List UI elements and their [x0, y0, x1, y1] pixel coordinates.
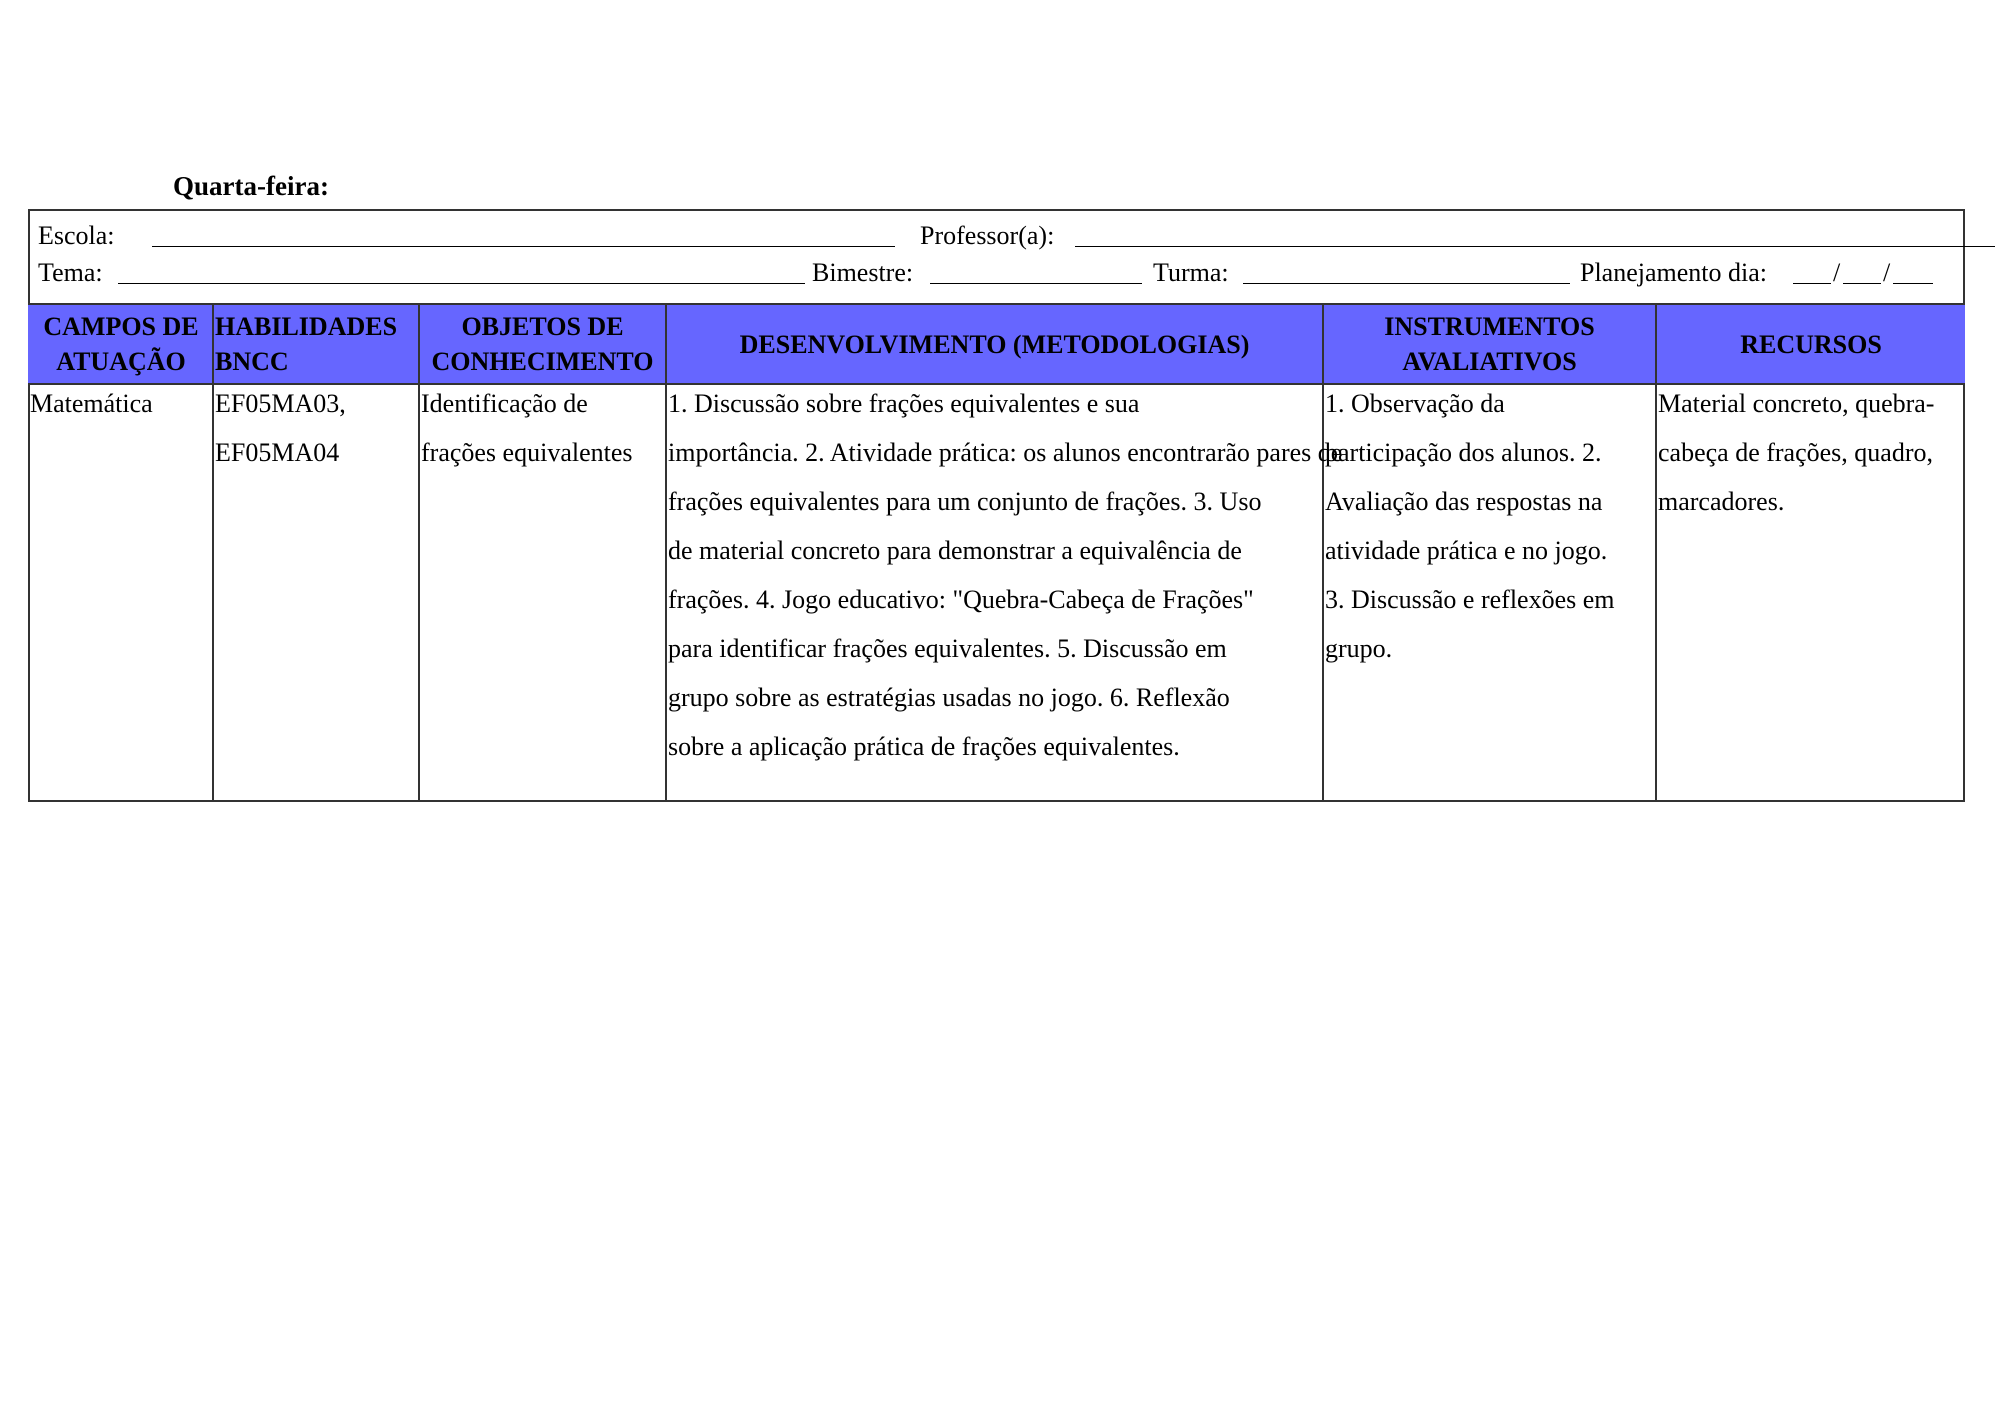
cell-text-line: frações equivalentes	[421, 438, 633, 468]
day-title: Quarta-feira:	[173, 169, 329, 203]
header-line: DESENVOLVIMENTO (METODOLOGIAS)	[740, 327, 1250, 362]
planejamento-label: Planejamento dia:	[1580, 258, 1767, 288]
header-habilidades-bncc: HABILIDADES BNCC	[215, 303, 418, 385]
cell-text-line: grupo sobre as estratégias usadas no jog…	[668, 683, 1230, 713]
header-line: CAMPOS DE	[43, 309, 198, 344]
cell-text-line: frações equivalentes para um conjunto de…	[668, 487, 1261, 517]
header-line: INSTRUMENTOS	[1384, 309, 1594, 344]
date-separator: /	[1883, 258, 1890, 288]
date-day-field[interactable]	[1793, 283, 1831, 284]
cell-text-line: Material concreto, quebra-	[1658, 389, 1934, 419]
header-objetos-de-conhecimento: OBJETOS DE CONHECIMENTO	[420, 303, 665, 385]
cell-text-line: grupo.	[1325, 634, 1392, 664]
professor-field[interactable]	[1075, 246, 1995, 247]
cell-text-line: de material concreto para demonstrar a e…	[668, 536, 1242, 566]
cell-text-line: EF05MA04	[215, 438, 339, 468]
escola-field[interactable]	[152, 246, 895, 247]
cell-text-line: para identificar frações equivalentes. 5…	[668, 634, 1227, 664]
header-campos-de-atuacao: CAMPOS DE ATUAÇÃO	[30, 303, 212, 385]
cell-text-line: Avaliação das respostas na	[1325, 487, 1602, 517]
cell-text-line: marcadores.	[1658, 487, 1784, 517]
header-line: CONHECIMENTO	[432, 344, 654, 379]
header-recursos: RECURSOS	[1657, 303, 1965, 385]
header-line: HABILIDADES	[215, 309, 397, 344]
cell-text-line: importância. 2. Atividade prática: os al…	[668, 438, 1342, 468]
cell-text-line: 3. Discussão e reflexões em	[1325, 585, 1615, 615]
column-divider	[212, 303, 214, 802]
date-year-field[interactable]	[1893, 283, 1933, 284]
cell-text-line: Matemática	[30, 389, 153, 419]
header-instrumentos-avaliativos: INSTRUMENTOS AVALIATIVOS	[1324, 303, 1655, 385]
cell-text-line: 1. Observação da	[1325, 389, 1505, 419]
header-line: RECURSOS	[1740, 327, 1882, 362]
date-separator: /	[1833, 258, 1840, 288]
header-line: ATUAÇÃO	[56, 344, 186, 379]
cell-text-line: participação dos alunos. 2.	[1325, 438, 1602, 468]
cell-text-line: frações. 4. Jogo educativo: "Quebra-Cabe…	[668, 585, 1254, 615]
professor-label: Professor(a):	[920, 221, 1054, 251]
date-month-field[interactable]	[1843, 283, 1881, 284]
cell-text-line: 1. Discussão sobre frações equivalentes …	[668, 389, 1139, 419]
cell-text-line: atividade prática e no jogo.	[1325, 536, 1607, 566]
turma-label: Turma:	[1153, 258, 1229, 288]
turma-field[interactable]	[1243, 283, 1570, 284]
tema-field[interactable]	[118, 283, 805, 284]
cell-text-line: EF05MA03,	[215, 389, 346, 419]
cell-text-line: sobre a aplicação prática de frações equ…	[668, 732, 1180, 762]
tema-label: Tema:	[38, 258, 103, 288]
header-line: BNCC	[215, 344, 289, 379]
header-desenvolvimento: DESENVOLVIMENTO (METODOLOGIAS)	[667, 303, 1322, 385]
cell-text-line: cabeça de frações, quadro,	[1658, 438, 1933, 468]
escola-label: Escola:	[38, 221, 115, 251]
cell-text-line: Identificação de	[421, 389, 588, 419]
header-line: AVALIATIVOS	[1402, 344, 1576, 379]
header-line: OBJETOS DE	[461, 309, 623, 344]
bimestre-field[interactable]	[930, 283, 1142, 284]
bimestre-label: Bimestre:	[812, 258, 913, 288]
